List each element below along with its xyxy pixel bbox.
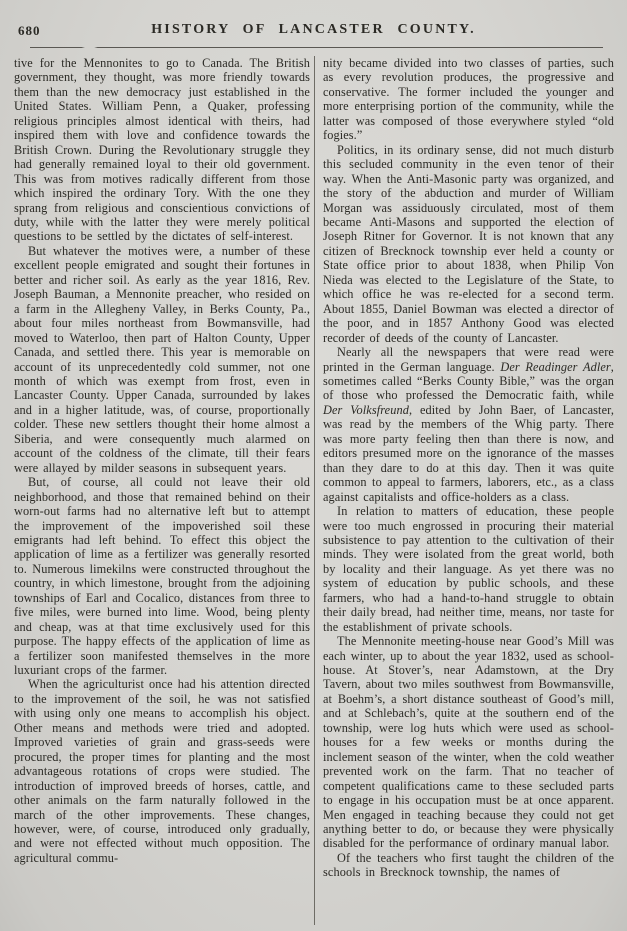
page-body: tive for the Mennonites to go to Canada.… bbox=[14, 56, 614, 925]
paragraph: But whatever the motives were, a number … bbox=[14, 244, 310, 475]
text-run: Politics, in its ordinary sense, did not… bbox=[323, 143, 614, 345]
text-run: But whatever the motives were, a number … bbox=[14, 244, 310, 475]
text-run: In relation to matters of education, the… bbox=[323, 504, 614, 634]
paragraph: nity became divided into two classes of … bbox=[323, 56, 614, 143]
column-divider bbox=[314, 56, 315, 925]
paragraph: When the agriculturist once had his atte… bbox=[14, 677, 310, 865]
text-run: But, of course, all could not leave thei… bbox=[14, 475, 310, 677]
text-run: , edited by John Baer, of Lancaster, was… bbox=[323, 403, 614, 504]
text-run: Of the teachers who first taught the chi… bbox=[323, 851, 614, 879]
left-column: tive for the Mennonites to go to Canada.… bbox=[14, 56, 310, 925]
book-page: 680 HISTORY OF LANCASTER COUNTY. tive fo… bbox=[0, 0, 627, 931]
page-title: HISTORY OF LANCASTER COUNTY. bbox=[0, 22, 627, 38]
paragraph: Politics, in its ordinary sense, did not… bbox=[323, 143, 614, 345]
paragraph: tive for the Mennonites to go to Canada.… bbox=[14, 56, 310, 244]
paragraph: But, of course, all could not leave thei… bbox=[14, 475, 310, 677]
paragraph: In relation to matters of education, the… bbox=[323, 504, 614, 634]
text-run: When the agriculturist once had his atte… bbox=[14, 677, 310, 864]
paragraph: Nearly all the newspapers that were read… bbox=[323, 345, 614, 504]
text-run: nity became divided into two classes of … bbox=[323, 56, 614, 142]
text-run: The Mennonite meeting-house near Good’s … bbox=[323, 634, 614, 850]
header-rule bbox=[30, 47, 603, 48]
italic-text: Der Readinger Adler bbox=[500, 360, 610, 374]
text-run: tive for the Mennonites to go to Canada.… bbox=[14, 56, 310, 243]
page-header: 680 HISTORY OF LANCASTER COUNTY. bbox=[0, 20, 627, 44]
paragraph: Of the teachers who first taught the chi… bbox=[323, 851, 614, 880]
italic-text: Der Volksfreund bbox=[323, 403, 409, 417]
right-column: nity became divided into two classes of … bbox=[323, 56, 614, 925]
paragraph: The Mennonite meeting-house near Good’s … bbox=[323, 634, 614, 851]
